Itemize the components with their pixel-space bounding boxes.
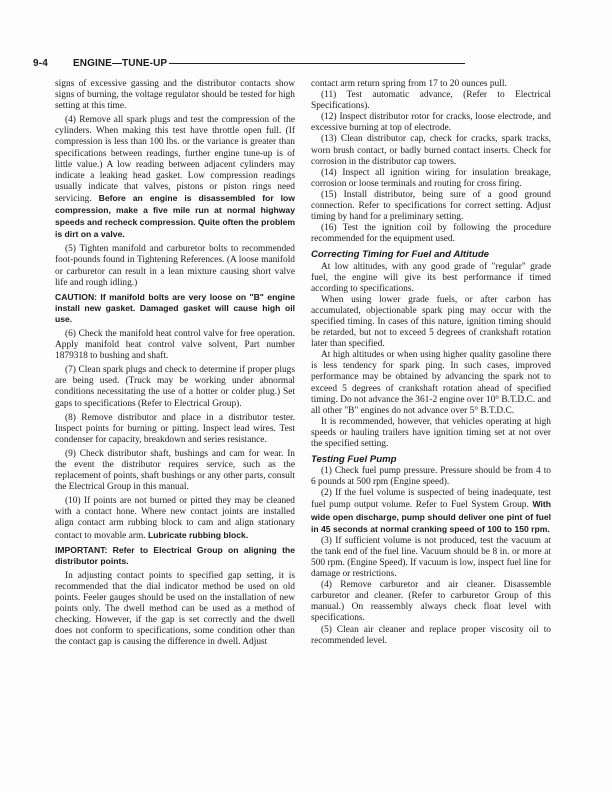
step-11-paragraph: (11) Test automatic advance, (Refer to E… [311,90,551,112]
step-16-paragraph: (16) Test the ignition coil by following… [311,223,551,245]
step-4-text: (4) Remove all spark plugs and test the … [55,115,295,204]
step-13-paragraph: (13) Clean distributor cap, check for cr… [311,134,551,167]
timing-paragraph-2: When using lower grade fuels, or after c… [311,295,551,350]
important-note: IMPORTANT: Refer to Electrical Group on … [55,545,295,567]
step-10-bold-note: Lubricate rubbing block. [148,530,248,540]
fuel-step-5-paragraph: (5) Clean air cleaner and replace proper… [311,625,551,647]
fuel-step-2-text: (2) If the fuel volume is suspected of b… [311,488,551,510]
step-7-paragraph: (7) Clean spark plugs and check to deter… [55,365,295,409]
step-6-paragraph: (6) Check the manifold heat control valv… [55,329,295,362]
step-14-paragraph: (14) Inspect all ignition wiring for ins… [311,168,551,190]
step-12-paragraph: (12) Inspect distributor rotor for crack… [311,112,551,134]
fuel-step-3-paragraph: (3) If sufficient volume is not produced… [311,536,551,580]
step-5-paragraph: (5) Tighten manifold and carburetor bolt… [55,244,295,288]
subheading-timing: Correcting Timing for Fuel and Altitude [311,249,551,260]
header-rule [169,63,465,64]
paragraph-continuation: signs of excessive gassing and the distr… [55,79,295,112]
page-header: 9-4 ENGINE—TUNE-UP [33,56,465,70]
step-8-paragraph: (8) Remove distributor and place in a di… [55,413,295,446]
step-10-paragraph: (10) If points are not burned or pitted … [55,496,295,541]
left-column: signs of excessive gassing and the distr… [55,79,295,652]
right-column: contact arm return spring from 17 to 20 … [311,79,551,647]
timing-paragraph-3: At high altitudes or when using higher q… [311,350,551,417]
step-15-paragraph: (15) Install distributor, being sure of … [311,190,551,223]
paragraph-continuation: contact arm return spring from 17 to 20 … [311,79,551,90]
section-title: ENGINE—TUNE-UP [73,58,167,69]
manual-page: 9-4 ENGINE—TUNE-UP signs of excessive ga… [0,0,612,792]
contact-gap-paragraph: In adjusting contact points to specified… [55,571,295,649]
step-9-paragraph: (9) Check distributor shaft, bushings an… [55,449,295,493]
fuel-step-1-paragraph: (1) Check fuel pump pressure. Pressure s… [311,466,551,488]
fuel-step-2-paragraph: (2) If the fuel volume is suspected of b… [311,488,551,535]
step-4-paragraph: (4) Remove all spark plugs and test the … [55,115,295,241]
timing-paragraph-1: At low altitudes, with any good grade of… [311,262,551,295]
timing-paragraph-4: It is recommended, however, that vehicle… [311,417,551,450]
page-number: 9-4 [33,58,73,69]
fuel-step-4-paragraph: (4) Remove carburetor and air cleaner. D… [311,580,551,624]
subheading-fuel-pump: Testing Fuel Pump [311,454,551,465]
caution-note: CAUTION: If manifold bolts are very loos… [55,292,295,325]
